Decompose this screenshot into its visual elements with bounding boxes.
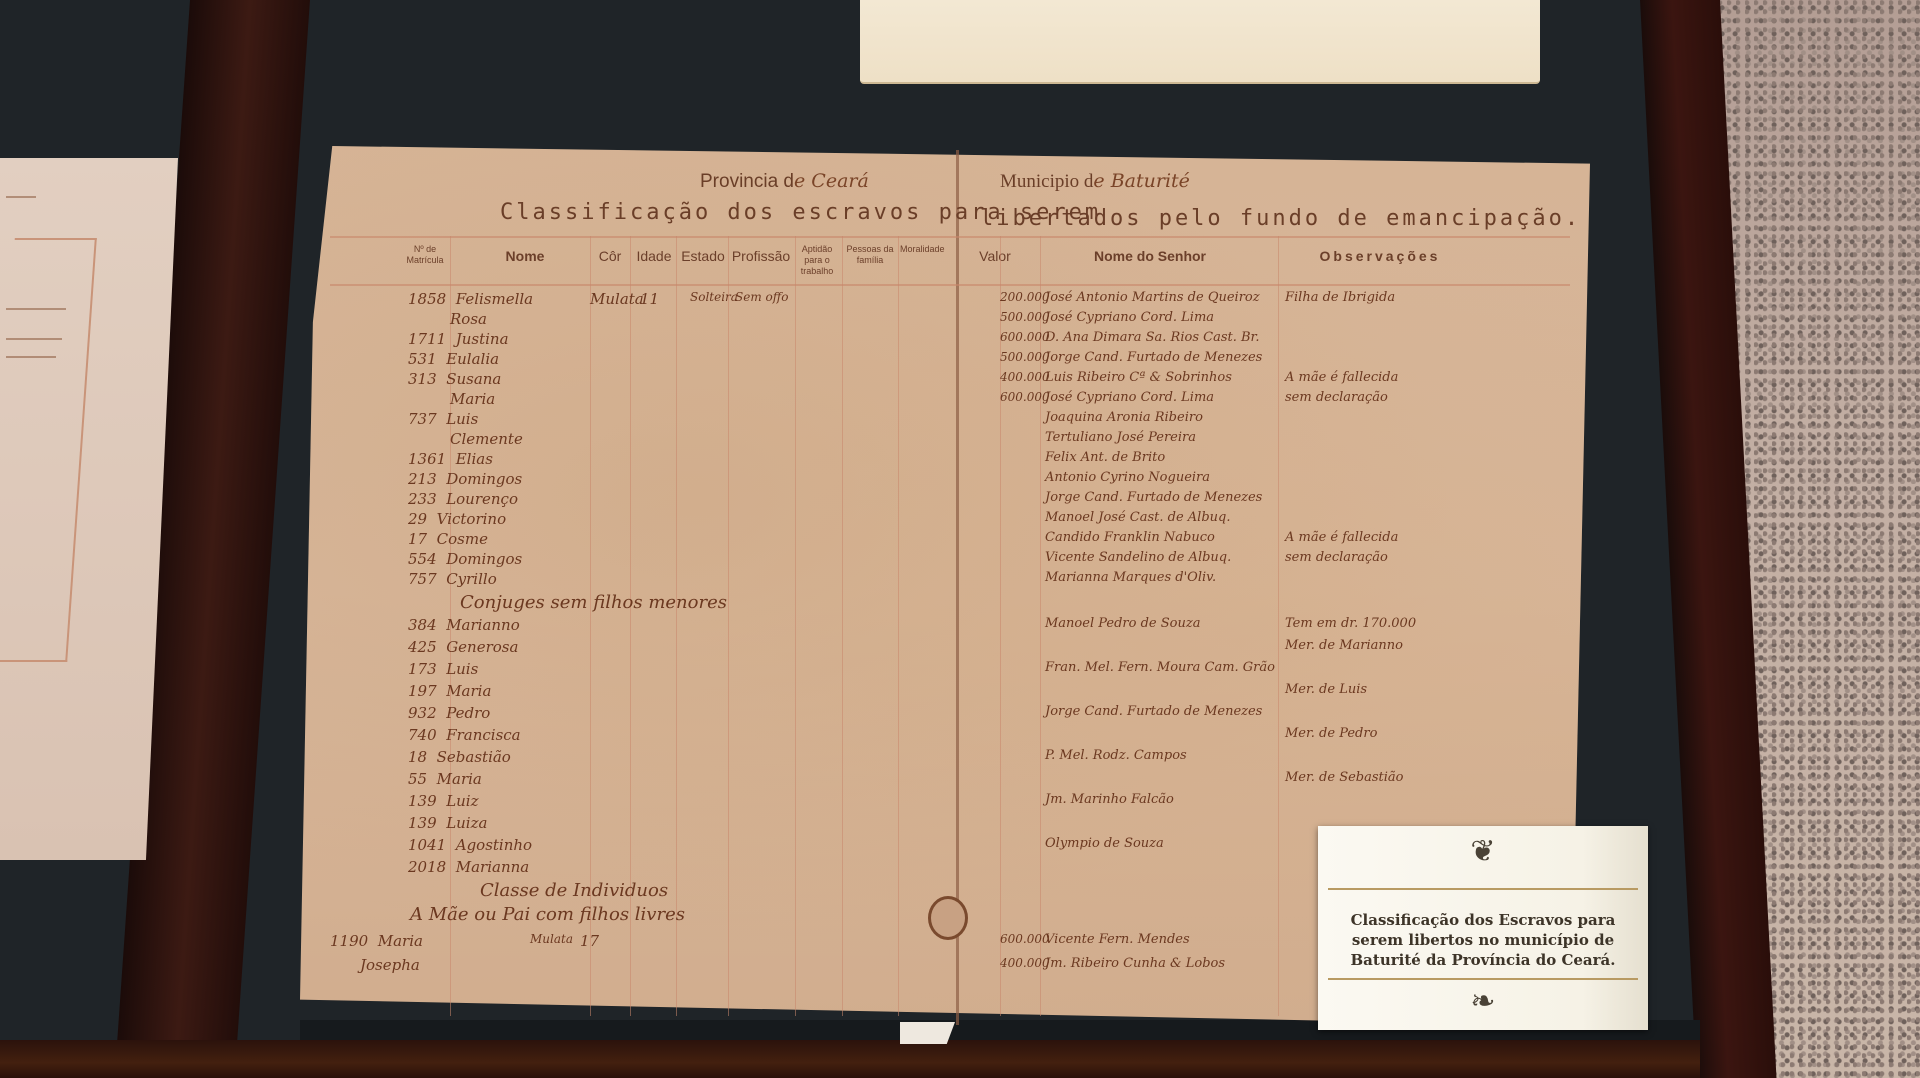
ledger-cell-idade: 17 xyxy=(580,932,599,950)
ledger-row: 740 Francisca xyxy=(408,726,521,744)
ledger-cell-valor: 600.000 xyxy=(1000,390,1050,404)
ledger-cell-senhor: Jm. Marinho Falcão xyxy=(1045,792,1174,807)
ledger-row: Maria xyxy=(450,390,495,408)
column-rule xyxy=(795,236,796,1016)
document-table-box xyxy=(0,238,97,662)
ledger-row: 384 Marianno xyxy=(408,616,520,634)
ledger-cell-valor: 400.000 xyxy=(1000,370,1050,384)
display-case-frame-bottom xyxy=(0,1040,1700,1078)
label-rule-top xyxy=(1328,888,1638,890)
ledger-cell-obs: Tem em dr. 170.000 xyxy=(1285,616,1416,631)
handwriting-line xyxy=(6,196,36,198)
ledger-cell-senhor: P. Mel. Rodz. Campos xyxy=(1045,748,1187,763)
column-header-familia: Pessoas da família xyxy=(845,244,895,266)
ledger-row: 554 Domingos xyxy=(408,550,522,568)
ledger-cell-valor: 200.000 xyxy=(1000,290,1050,304)
ledger-cell-senhor: Vicente Sandelino de Albuq. xyxy=(1045,550,1231,565)
column-header-valor: Valor xyxy=(970,248,1020,264)
ledger-cell-cor: Mulata xyxy=(530,932,573,946)
ledger-cell-senhor: Joaquina Aronia Ribeiro xyxy=(1045,410,1203,425)
ledger-row: 173 Luis xyxy=(408,660,478,678)
handwriting-line xyxy=(6,308,66,310)
ledger-row: Josepha xyxy=(360,956,420,974)
ledger-cell-senhor: D. Ana Dimara Sa. Rios Cast. Br. xyxy=(1045,330,1259,345)
ledger-cell-senhor: Fran. Mel. Fern. Moura Cam. Grão xyxy=(1045,660,1275,675)
section-label-classe: Classe de Individuos xyxy=(480,880,668,901)
ledger-row: 932 Pedro xyxy=(408,704,490,722)
column-header-observacoes: Observações xyxy=(1290,248,1470,264)
ledger-row: 1041 Agostinho xyxy=(408,836,532,854)
ledger-cell-senhor: Tertuliano José Pereira xyxy=(1045,430,1196,445)
wax-seal xyxy=(928,896,968,940)
ledger-cell-obs: A mãe é fallecida xyxy=(1285,370,1398,385)
label-text: Classificação dos Escravos para serem li… xyxy=(1336,910,1630,970)
ledger-cell-senhor: Felix Ant. de Brito xyxy=(1045,450,1165,465)
ledger-title-right: libertados pelo fundo de emancipação. xyxy=(980,206,1581,231)
ledger-cell-senhor: Luis Ribeiro Cª & Sobrinhos xyxy=(1045,370,1232,385)
ledger-cell-senhor: Manoel Pedro de Souza xyxy=(1045,616,1200,631)
ledger-cell-senhor: Marianna Marques d'Oliv. xyxy=(1045,570,1216,585)
ledger-cell-obs: sem declaração xyxy=(1285,550,1388,565)
province-header: Provincia de Ceará xyxy=(700,170,869,193)
column-rule xyxy=(728,236,729,1016)
handwriting-line xyxy=(6,338,62,340)
ledger-row: 313 Susana xyxy=(408,370,501,388)
ledger-row: Clemente xyxy=(450,430,523,448)
ledger-cell-senhor: José Cypriano Cord. Lima xyxy=(1045,310,1214,325)
ledger-cell-senhor: Jm. Ribeiro Cunha & Lobos xyxy=(1045,956,1225,971)
ledger-cell-senhor: Olympio de Souza xyxy=(1045,836,1164,851)
ledger-row: 737 Luis xyxy=(408,410,478,428)
ledger-fold xyxy=(956,150,959,1025)
column-header-senhor: Nome do Senhor xyxy=(1060,248,1240,264)
ledger-cell-senhor: Manoel José Cast. de Albuq. xyxy=(1045,510,1230,525)
ledger-cell-senhor: José Antonio Martins de Queiroz xyxy=(1045,290,1260,305)
ledger-cell-obs: Mer. de Luis xyxy=(1285,682,1367,697)
ledger-row: Rosa xyxy=(450,310,487,328)
ledger-cell-valor: 500.000 xyxy=(1000,310,1050,324)
ledger-cell-valor: 600.000 xyxy=(1000,932,1050,946)
municipality-header: Municipio de Baturité xyxy=(1000,170,1190,193)
ledger-cell-senhor: José Cypriano Cord. Lima xyxy=(1045,390,1214,405)
ledger-row: 2018 Marianna xyxy=(408,858,529,876)
column-rule xyxy=(1278,236,1279,1016)
ledger-row: 17 Cosme xyxy=(408,530,488,548)
handwriting-line xyxy=(6,356,56,358)
ledger-cell-idade: 11 xyxy=(640,290,659,308)
ledger-cell-senhor: Candido Franklin Nabuco xyxy=(1045,530,1215,545)
ledger-row: 233 Lourenço xyxy=(408,490,518,508)
ledger-cell-profissao: Sem offo xyxy=(735,290,788,304)
adjacent-document-top xyxy=(860,0,1540,84)
ledger-cell-obs: Mer. de Pedro xyxy=(1285,726,1377,741)
ledger-row: 1190 Maria xyxy=(330,932,423,950)
ledger-row: 425 Generosa xyxy=(408,638,518,656)
ledger-row: 757 Cyrillo xyxy=(408,570,497,588)
ledger-cell-senhor: Vicente Fern. Mendes xyxy=(1045,932,1190,947)
ledger-cell-obs: Mer. de Sebastião xyxy=(1285,770,1404,785)
column-header-estado: Estado xyxy=(678,248,728,264)
ledger-row: 139 Luiza xyxy=(408,814,487,832)
ledger-cell-obs: Mer. de Marianno xyxy=(1285,638,1403,653)
ledger-row: 55 Maria xyxy=(408,770,482,788)
ornament-bottom-icon: ❧ xyxy=(1318,984,1648,1019)
column-rule xyxy=(898,236,899,1016)
ledger-cell-cor: Mulata xyxy=(590,290,644,308)
section-label-mae-pai: A Mãe ou Pai com filhos livres xyxy=(410,904,685,925)
ledger-row: 213 Domingos xyxy=(408,470,522,488)
ledger-row: 29 Victorino xyxy=(408,510,506,528)
ledger-cell-senhor: Jorge Cand. Furtado de Menezes xyxy=(1045,350,1262,365)
ledger-row: 139 Luiz xyxy=(408,792,479,810)
column-header-matricula: Nº de Matrícula xyxy=(405,244,445,266)
column-header-nome: Nome xyxy=(460,248,590,264)
column-header-cor: Côr xyxy=(590,248,630,264)
ledger-cell-senhor: Antonio Cyrino Nogueira xyxy=(1045,470,1210,485)
ledger-row: 1711 Justina xyxy=(408,330,509,348)
ledger-row: 197 Maria xyxy=(408,682,491,700)
ledger-cell-valor: 500.000 xyxy=(1000,350,1050,364)
label-rule-bottom xyxy=(1328,978,1638,980)
column-header-aptidao: Aptidão para o trabalho xyxy=(795,244,839,277)
section-label-conjuges: Conjuges sem filhos menores xyxy=(460,592,727,613)
museum-label-card: ❦ Classificação dos Escravos para serem … xyxy=(1318,826,1648,1030)
ledger-row: 1361 Elias xyxy=(408,450,493,468)
ledger-row: 531 Eulalia xyxy=(408,350,499,368)
ledger-cell-senhor: Jorge Cand. Furtado de Menezes xyxy=(1045,490,1262,505)
header-rule-top xyxy=(330,236,1570,238)
column-rule xyxy=(842,236,843,1016)
ledger-cell-valor: 400.000 xyxy=(1000,956,1050,970)
ledger-cell-estado: Solteira xyxy=(690,290,738,304)
ledger-cell-senhor: Jorge Cand. Furtado de Menezes xyxy=(1045,704,1262,719)
ledger-cell-valor: 600.000 xyxy=(1000,330,1050,344)
column-header-moralidade: Moralidade xyxy=(900,244,940,255)
column-rule xyxy=(676,236,677,1016)
ledger-cell-obs: sem declaração xyxy=(1285,390,1388,405)
column-header-profissao: Profissão xyxy=(730,248,792,264)
ledger-row: 18 Sebastião xyxy=(408,748,511,766)
ornament-top-icon: ❦ xyxy=(1318,834,1648,869)
column-header-idade: Idade xyxy=(632,248,676,264)
ledger-cell-obs: A mãe é fallecida xyxy=(1285,530,1398,545)
small-paper-tag xyxy=(900,1022,955,1044)
header-rule-bottom xyxy=(330,284,1570,286)
ledger-row: 1858 Felismella xyxy=(408,290,533,308)
ledger-cell-obs: Filha de Ibrigida xyxy=(1285,290,1395,305)
